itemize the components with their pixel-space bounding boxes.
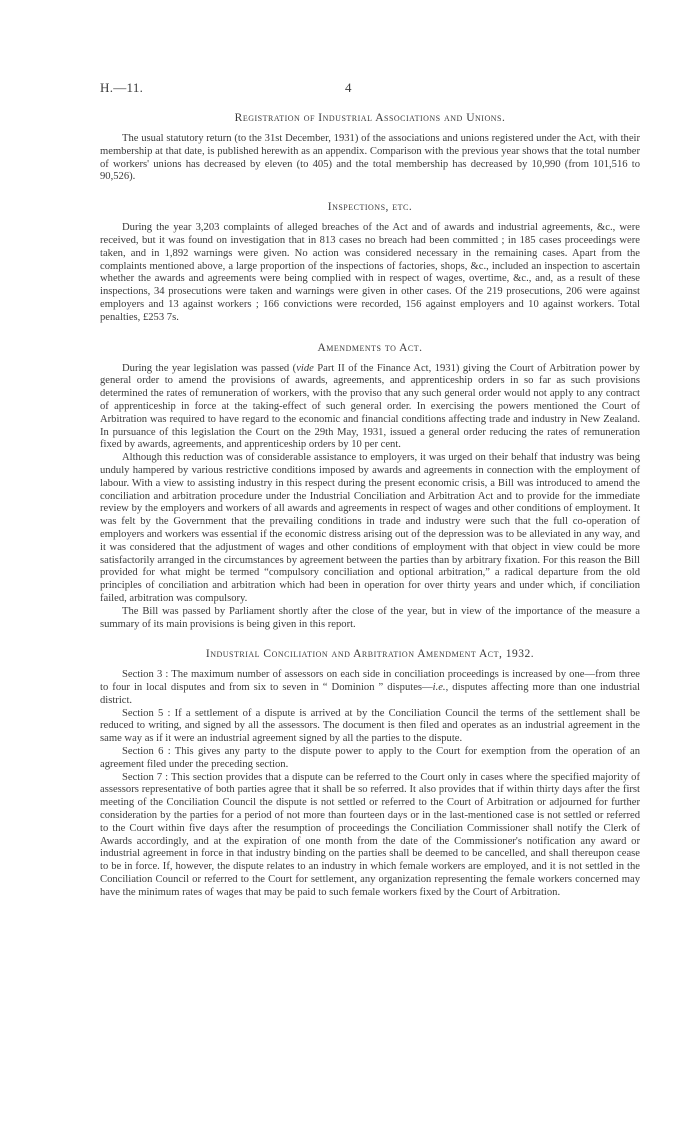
section-heading: Industrial Conciliation and Arbitration … xyxy=(100,648,640,661)
section-inspections: Inspections, etc. During the year 3,203 … xyxy=(100,201,640,324)
section-registration: Registration of Industrial Associations … xyxy=(100,112,640,184)
document-body: Registration of Industrial Associations … xyxy=(100,112,640,917)
paragraph: Section 7 : This section provides that a… xyxy=(100,772,640,900)
section-heading: Inspections, etc. xyxy=(100,201,640,214)
paragraph: Section 6 : This gives any party to the … xyxy=(100,746,640,772)
section-amendments: Amendments to Act. During the year legis… xyxy=(100,342,640,632)
paragraph: Section 3 : The maximum number of assess… xyxy=(100,669,640,707)
section-heading: Registration of Industrial Associations … xyxy=(100,112,640,125)
paragraph: The Bill was passed by Parliament shortl… xyxy=(100,606,640,632)
paragraph: During the year legislation was passed (… xyxy=(100,363,640,453)
page-header: H.—11. 4 xyxy=(100,80,640,100)
paragraph: Section 5 : If a settlement of a dispute… xyxy=(100,708,640,746)
paragraph: The usual statutory return (to the 31st … xyxy=(100,133,640,184)
paragraph: Although this reduction was of considera… xyxy=(100,452,640,606)
paragraph: During the year 3,203 complaints of alle… xyxy=(100,222,640,324)
section-heading: Amendments to Act. xyxy=(100,342,640,355)
document-code: H.—11. xyxy=(100,80,143,96)
section-amendment-act-1932: Industrial Conciliation and Arbitration … xyxy=(100,648,640,899)
page-number: 4 xyxy=(345,80,352,96)
document-page: H.—11. 4 Registration of Industrial Asso… xyxy=(0,0,700,1131)
